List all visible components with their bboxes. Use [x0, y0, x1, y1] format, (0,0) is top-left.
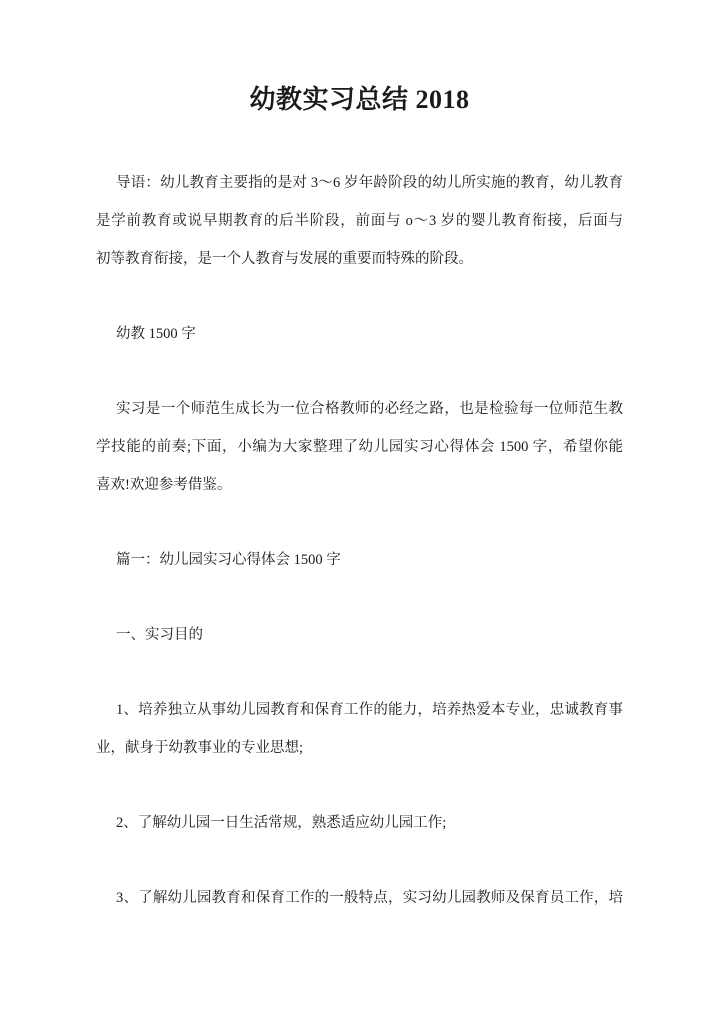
document-page: 幼教实习总结 2018 导语：幼儿教育主要指的是对 3～6 岁年龄阶段的幼儿所实…	[0, 0, 721, 1020]
list-item-2: 2、了解幼儿园一日生活常规，熟悉适应幼儿园工作;	[96, 804, 623, 842]
paragraph-editor-note: 实习是一个师范生成长为一位合格教师的必经之路，也是检验每一位师范生教 学技能的前…	[96, 390, 623, 504]
text-line: 2、了解幼儿园一日生活常规，熟悉适应幼儿园工作;	[96, 804, 623, 842]
paragraph-lead-in: 导语：幼儿教育主要指的是对 3～6 岁年龄阶段的幼儿所实施的教育，幼儿教育 是学…	[96, 164, 623, 278]
text-line: 喜欢!欢迎参考借鉴。	[96, 466, 623, 504]
heading-section-one: 一、实习目的	[96, 616, 623, 654]
text-line: 业，献身于幼教事业的专业思想;	[96, 729, 623, 767]
text-line: 实习是一个师范生成长为一位合格教师的必经之路，也是检验每一位师范生教	[96, 390, 623, 428]
text-line: 是学前教育或说早期教育的后半阶段，前面与 o～3 岁的婴儿教育衔接，后面与	[96, 202, 623, 240]
document-title: 幼教实习总结 2018	[96, 85, 623, 115]
list-item-1: 1、培养独立从事幼儿园教育和保育工作的能力，培养热爱本专业，忠诚教育事 业，献身…	[96, 691, 623, 767]
text-line: 3、了解幼儿园教育和保育工作的一般特点，实习幼儿园教师及保育员工作，培	[96, 879, 623, 917]
document-content: 幼教实习总结 2018 导语：幼儿教育主要指的是对 3～6 岁年龄阶段的幼儿所实…	[0, 0, 721, 1020]
text-line: 一、实习目的	[96, 616, 623, 654]
text-line: 学技能的前奏;下面，小编为大家整理了幼儿园实习心得体会 1500 字，希望你能	[96, 428, 623, 466]
paragraph-word-count-label: 幼教 1500 字	[96, 315, 623, 353]
text-line: 1、培养独立从事幼儿园教育和保育工作的能力，培养热爱本专业，忠诚教育事	[96, 691, 623, 729]
text-line: 篇一：幼儿园实习心得体会 1500 字	[96, 541, 623, 579]
text-line: 导语：幼儿教育主要指的是对 3～6 岁年龄阶段的幼儿所实施的教育，幼儿教育	[96, 164, 623, 202]
text-line: 初等教育衔接，是一个人教育与发展的重要而特殊的阶段。	[96, 240, 623, 278]
heading-part-one: 篇一：幼儿园实习心得体会 1500 字	[96, 541, 623, 579]
text-line: 幼教 1500 字	[96, 315, 623, 353]
list-item-3: 3、了解幼儿园教育和保育工作的一般特点，实习幼儿园教师及保育员工作，培	[96, 879, 623, 917]
